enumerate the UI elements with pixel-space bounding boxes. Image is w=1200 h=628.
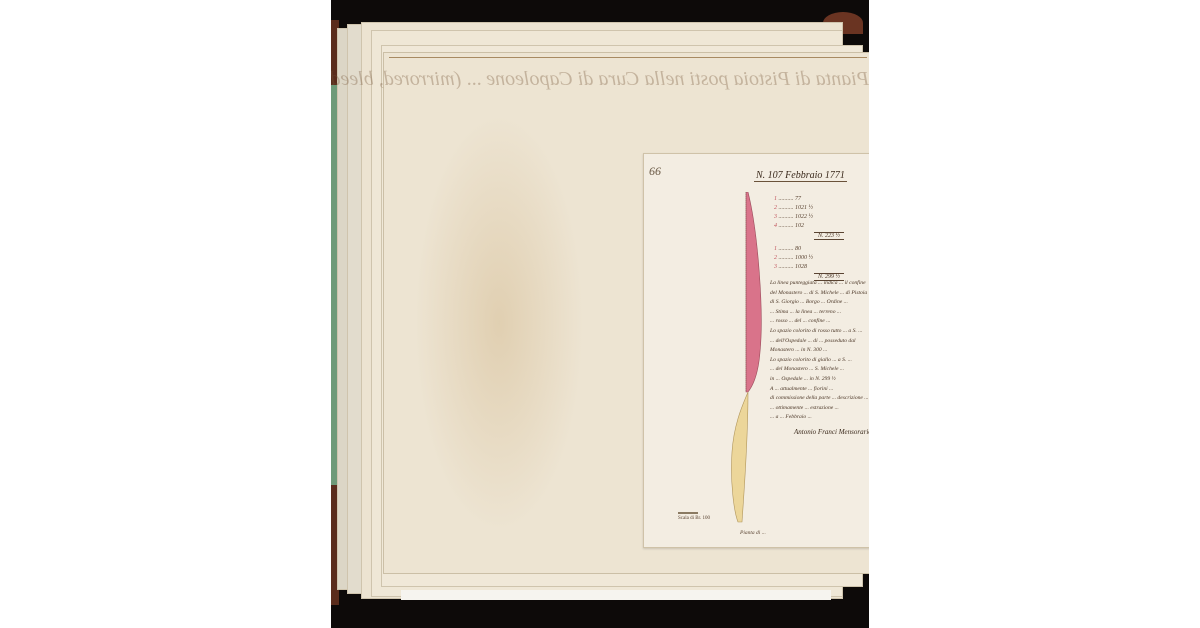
manuscript-page: Pianta di Pistoia posti nella Cura di Ca… xyxy=(383,52,869,574)
page-stack-bottom xyxy=(401,590,831,600)
tally-row: 3 .......... 1022 ½ xyxy=(774,214,813,220)
tally-row: 1 .......... 80 xyxy=(774,246,801,252)
tally-row: 1 .......... 77 xyxy=(774,196,801,202)
manuscript-scan: Pianta di Pistoia posti nella Cura di Ca… xyxy=(331,0,869,628)
page-border-rule xyxy=(389,57,867,58)
parcel-plan-drawing xyxy=(724,192,764,527)
plan-caption: Pianta di ... xyxy=(740,530,766,536)
tally-row: 2 .......... 1000 ½ xyxy=(774,255,813,261)
tally-row: 3 .......... 1028 xyxy=(774,264,807,270)
sheet-heading: N. 107 Febbraio 1771 xyxy=(754,170,847,182)
tally-row: 4 .......... 102 xyxy=(774,223,804,229)
tally-total: N. 223 ½ xyxy=(814,232,844,240)
survey-sheet: 66 N. 107 Febbraio 1771 1 .......... 77 … xyxy=(643,153,869,548)
paper-stain xyxy=(414,113,584,533)
survey-notes: La linea punteggiata ... indica ... il c… xyxy=(770,279,869,423)
bleed-through-title: Pianta di Pistoia posti nella Cura di Ca… xyxy=(389,61,869,97)
folio-number: 66 xyxy=(649,164,661,179)
surveyor-signature: Antonio Franci Mensorario xyxy=(794,428,869,436)
scale-label: Scala di Br. 100 xyxy=(678,516,710,521)
tally-row: 2 .......... 1021 ½ xyxy=(774,205,813,211)
scale-bar xyxy=(678,512,698,515)
